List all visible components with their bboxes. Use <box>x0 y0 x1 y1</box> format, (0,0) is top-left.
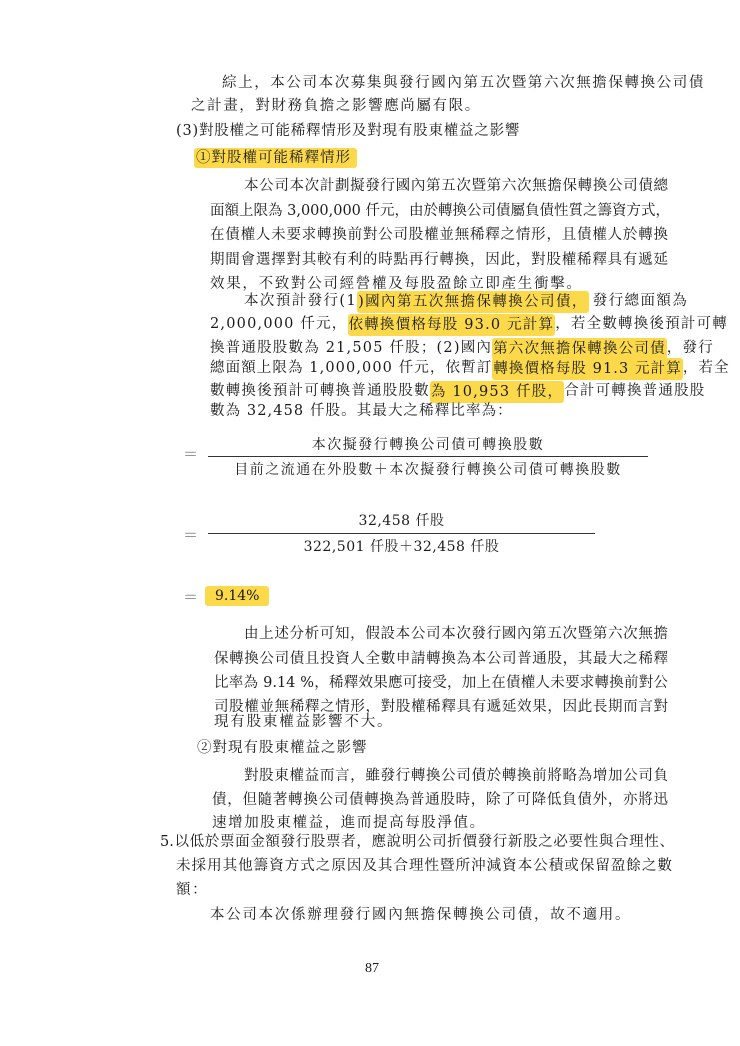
para1-line-1: 本公司本次計劃擬發行國內第五次暨第六次無擔保轉換公司債總 <box>244 176 668 196</box>
formula1-bar <box>208 456 648 457</box>
sub1-heading: ①對股權可能稀釋情形 <box>194 148 357 168</box>
para2-line-4: 總面額上限為 1,000,000 仟元，依暫訂轉換價格每股 91.3 元計算，若… <box>210 358 668 380</box>
intro-line-1: 綜上，本公司本次募集與發行國內第五次暨第六次無擔保轉換公司債 <box>222 73 672 93</box>
para2-text: 換普通股股數為 21,505 仟股；(2)國內 <box>210 338 492 360</box>
sub2-heading: ②對現有股東權益之影響 <box>197 738 368 758</box>
sub2-text: 速增加股東權益，進而提高每股淨值。 <box>212 815 486 831</box>
para3-text: 由上述分析可知，假設本公司本次發行國內第五次暨第六次無擔 <box>244 626 668 642</box>
intro-line-2: 之計畫，對財務負擔之影響應尚屬有限。 <box>191 96 481 116</box>
section5-body: 本公司本次係辦理發行國內無擔保轉換公司債，故不適用。 <box>210 905 631 925</box>
formula2-denominator: 322,501 仟股＋32,458 仟股 <box>208 536 595 556</box>
highlight-bond-5: )國內第五次無擔保轉換公司債， <box>357 291 589 313</box>
section5-heading-text: 額： <box>176 882 208 898</box>
para2-text: 合計可轉換普通股股 <box>564 381 705 403</box>
result-value-wrap: 9.14% <box>205 586 269 606</box>
para1-text: 在債權人未要求轉換前對公司股權並無稀釋之情形，且債權人於轉換 <box>210 227 668 243</box>
para1-line-2: 面額上限為 3,000,000 仟元，由於轉換公司債屬負債性質之籌資方式， <box>210 201 668 221</box>
para1-text: 本公司本次計劃擬發行國內第五次暨第六次無擔保轉換公司債總 <box>244 178 668 194</box>
formula1-equals: ＝ <box>183 443 198 464</box>
intro-text-2: 之計畫，對財務負擔之影響應尚屬有限。 <box>191 98 481 114</box>
para2-text: 發行總面額為 <box>593 291 688 313</box>
para3-line-3: 比率為 9.14 %，稀釋效果應可接受，加上在債權人未要求轉換前對公 <box>214 673 668 693</box>
para2-text: 總面額上限為 1,000,000 仟元，依暫訂 <box>210 358 492 380</box>
para3-line-5: 現有股東權益影響不大。 <box>214 712 393 732</box>
section-3-heading-text: (3)對股權之可能稀釋情形及對現有股東權益之影響 <box>176 123 520 139</box>
page-number: 87 <box>365 961 379 977</box>
para2-line-3: 換普通股股數為 21,505 仟股；(2)國內第六次無擔保轉換公司債，發行 <box>210 338 668 360</box>
intro-text-1: 綜上，本公司本次募集與發行國內第五次暨第六次無擔保轉換公司債 <box>222 75 705 91</box>
para1-text: 期間會選擇對其較有利的時點再行轉換，因此，對股權稀釋具有遞延 <box>210 252 668 268</box>
document-page: 綜上，本公司本次募集與發行國內第五次暨第六次無擔保轉換公司債 之計畫，對財務負擔… <box>0 0 740 1046</box>
sub2-line-2: 債，但隨著轉換公司債轉換為普通股時，除了可降低負債外，亦將迅 <box>212 790 668 810</box>
section5-heading-line-3: 額： <box>176 880 208 900</box>
para2-text: ，若全 <box>683 358 730 380</box>
para2-line-6: 數為 32,458 仟股。其最大之稀釋比率為： <box>210 401 513 421</box>
sub2-heading-text: ②對現有股東權益之影響 <box>197 740 368 756</box>
para1-line-3: 在債權人未要求轉換前對公司股權並無稀釋之情形，且債權人於轉換 <box>210 225 668 245</box>
para2-text: 數轉換後預計可轉換普通股股數 <box>210 381 430 403</box>
section-3-heading: (3)對股權之可能稀釋情形及對現有股東權益之影響 <box>176 121 520 141</box>
highlight-price-91: 轉換價格每股 91.3 元計算 <box>492 358 683 380</box>
highlight-shares-10953: 為 10,953 仟股， <box>430 381 564 403</box>
para2-text: 數為 32,458 仟股。其最大之稀釋比率為： <box>210 403 513 419</box>
sub2-text: 債，但隨著轉換公司債轉換為普通股時，除了可降低負債外，亦將迅 <box>212 792 668 808</box>
para2-text: 2,000,000 仟元， <box>210 314 348 336</box>
para2-text: ，若全數轉換後預計可轉 <box>555 314 728 336</box>
formula1-denominator: 目前之流通在外股數＋本次擬發行轉換公司債可轉換股數 <box>208 459 648 479</box>
section5-heading-text: 未採用其他籌資方式之原因及其合理性暨所沖減資本公積或保留盈餘之數 <box>176 858 672 874</box>
para3-text: 現有股東權益影響不大。 <box>214 714 393 730</box>
formula1-numerator: 本次擬發行轉換公司債可轉換股數 <box>208 434 648 454</box>
para2-text: 本次預計發行(1 <box>244 291 357 313</box>
section5-heading-line-2: 未採用其他籌資方式之原因及其合理性暨所沖減資本公積或保留盈餘之數 <box>176 856 672 876</box>
para3-text: 保轉換公司債且投資人全數申請轉換為本公司普通股，其最大之稀釋 <box>214 651 668 667</box>
para1-text: 效果，不致對公司經營權及每股盈餘立即產生衝擊。 <box>210 276 583 292</box>
para3-line-1: 由上述分析可知，假設本公司本次發行國內第五次暨第六次無擔 <box>244 624 668 644</box>
highlight-bond-6: 第六次無擔保轉換公司債 <box>492 338 667 360</box>
para1-line-4: 期間會選擇對其較有利的時點再行轉換，因此，對股權稀釋具有遞延 <box>210 250 668 270</box>
result-value: 9.14% <box>205 586 269 606</box>
section5-heading-line-1: 5.以低於票面金額發行股票者，應說明公司折價發行新股之必要性與合理性、 <box>160 832 674 852</box>
section5-heading-text: 5.以低於票面金額發行股票者，應說明公司折價發行新股之必要性與合理性、 <box>160 834 674 850</box>
para3-line-2: 保轉換公司債且投資人全數申請轉換為本公司普通股，其最大之稀釋 <box>214 649 668 669</box>
sub1-heading-text: ①對股權可能稀釋情形 <box>194 148 357 168</box>
highlight-price-93: 依轉換價格每股 93.0 元計算 <box>348 314 556 336</box>
sub2-line-3: 速增加股東權益，進而提高每股淨值。 <box>212 813 486 833</box>
sub2-line-1: 對股東權益而言，雖發行轉換公司債於轉換前將略為增加公司負 <box>244 766 668 786</box>
para2-line-2: 2,000,000 仟元，依轉換價格每股 93.0 元計算，若全數轉換後預計可轉 <box>210 314 668 336</box>
para1-text: 面額上限為 3,000,000 仟元，由於轉換公司債屬負債性質之籌資方式， <box>210 203 670 219</box>
para2-line-5: 數轉換後預計可轉換普通股股數為 10,953 仟股，合計可轉換普通股股 <box>210 381 668 403</box>
para2-line-1: 本次預計發行(1)國內第五次無擔保轉換公司債，發行總面額為 <box>244 291 668 313</box>
para2-text: ，發行 <box>667 338 714 360</box>
formula2-equals: ＝ <box>183 524 198 545</box>
result-equals: ＝ <box>183 586 198 607</box>
formula2-bar <box>208 533 595 534</box>
para3-text: 比率為 9.14 %，稀釋效果應可接受，加上在債權人未要求轉換前對公 <box>214 675 668 691</box>
formula2-numerator: 32,458 仟股 <box>208 510 595 530</box>
sub2-text: 對股東權益而言，雖發行轉換公司債於轉換前將略為增加公司負 <box>244 768 668 784</box>
section5-body-text: 本公司本次係辦理發行國內無擔保轉換公司債，故不適用。 <box>210 907 631 923</box>
